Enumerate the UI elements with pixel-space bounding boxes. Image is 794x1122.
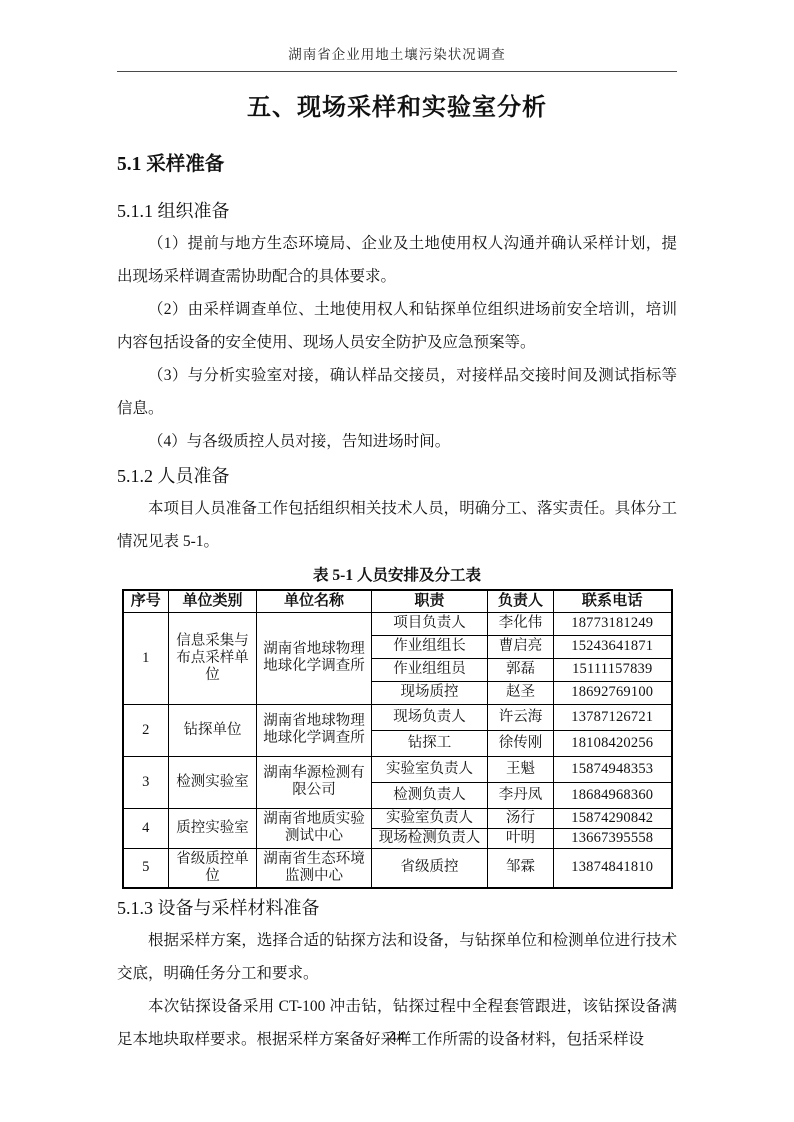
cell-category: 省级质控单位 xyxy=(169,848,257,888)
cell-phone: 18684968360 xyxy=(554,782,672,808)
paragraph-5-1-3-a: 根据采样方案，选择合适的钻探方法和设备，与钻探单位和检测单位进行技术交底，明确任… xyxy=(117,924,677,990)
cell-phone: 13787126721 xyxy=(554,704,672,730)
cell-index: 1 xyxy=(123,612,169,704)
running-header-text: 湖南省企业用地土壤污染状况调查 xyxy=(117,46,677,64)
running-header: 湖南省企业用地土壤污染状况调查 xyxy=(117,0,677,72)
paragraph-5-1-3-b: 本次钻探设备采用 CT-100 冲击钻，钻探过程中全程套管跟进，该钻探设备满足本… xyxy=(117,990,677,1056)
cell-person: 李丹凤 xyxy=(488,782,554,808)
section-heading-5-1-2: 5.1.2 人员准备 xyxy=(117,464,677,489)
cell-person: 汤行 xyxy=(488,808,554,828)
cell-duty: 实验室负责人 xyxy=(372,808,488,828)
cell-person: 王魁 xyxy=(488,756,554,782)
table-row: 3检测实验室湖南华源检测有限公司实验室负责人王魁15874948353 xyxy=(123,756,672,782)
column-header-index: 序号 xyxy=(123,590,169,612)
cell-duty: 作业组组长 xyxy=(372,635,488,658)
cell-org: 湖南省地球物理地球化学调查所 xyxy=(257,704,372,756)
header-rule xyxy=(117,71,677,72)
chapter-title: 五、现场采样和实验室分析 xyxy=(117,92,677,125)
cell-phone: 18692769100 xyxy=(554,681,672,704)
cell-index: 5 xyxy=(123,848,169,888)
document-page: 湖南省企业用地土壤污染状况调查 五、现场采样和实验室分析 5.1 采样准备 5.… xyxy=(0,0,794,1122)
table-header-row: 序号单位类别单位名称职责负责人联系电话 xyxy=(123,590,672,612)
column-header-phone: 联系电话 xyxy=(554,590,672,612)
table-row: 4质控实验室湖南省地质实验测试中心实验室负责人汤行15874290842 xyxy=(123,808,672,828)
cell-duty: 作业组组员 xyxy=(372,658,488,681)
cell-org: 湖南省地球物理地球化学调查所 xyxy=(257,612,372,704)
cell-category: 检测实验室 xyxy=(169,756,257,808)
cell-duty: 检测负责人 xyxy=(372,782,488,808)
paragraph-5-1-1-item-4: （4）与各级质控人员对接，告知进场时间。 xyxy=(117,425,677,458)
cell-phone: 15111157839 xyxy=(554,658,672,681)
personnel-table-body: 1信息采集与布点采样单位湖南省地球物理地球化学调查所项目负责人李化伟187731… xyxy=(123,612,672,888)
cell-person: 郭磊 xyxy=(488,658,554,681)
paragraph-5-1-1-item-3: （3）与分析实验室对接，确认样品交接员，对接样品交接时间及测试指标等信息。 xyxy=(117,359,677,425)
cell-duty: 现场检测负责人 xyxy=(372,828,488,848)
cell-duty: 现场负责人 xyxy=(372,704,488,730)
cell-org: 湖南省生态环境监测中心 xyxy=(257,848,372,888)
cell-person: 赵圣 xyxy=(488,681,554,704)
cell-org: 湖南华源检测有限公司 xyxy=(257,756,372,808)
table-caption: 表 5-1 人员安排及分工表 xyxy=(117,565,677,586)
cell-category: 信息采集与布点采样单位 xyxy=(169,612,257,704)
cell-phone: 18773181249 xyxy=(554,612,672,635)
cell-person: 李化伟 xyxy=(488,612,554,635)
cell-phone: 15874290842 xyxy=(554,808,672,828)
section-heading-5-1: 5.1 采样准备 xyxy=(117,151,677,178)
cell-duty: 现场质控 xyxy=(372,681,488,704)
paragraph-5-1-1-item-1: （1）提前与地方生态环境局、企业及土地使用权人沟通并确认采样计划，提出现场采样调… xyxy=(117,227,677,293)
cell-duty: 省级质控 xyxy=(372,848,488,888)
table-row: 1信息采集与布点采样单位湖南省地球物理地球化学调查所项目负责人李化伟187731… xyxy=(123,612,672,635)
table-row: 2钻探单位湖南省地球物理地球化学调查所现场负责人许云海13787126721 xyxy=(123,704,672,730)
cell-duty: 实验室负责人 xyxy=(372,756,488,782)
cell-category: 质控实验室 xyxy=(169,808,257,848)
table-row: 5省级质控单位湖南省生态环境监测中心省级质控邹霖13874841810 xyxy=(123,848,672,888)
page-content: 湖南省企业用地土壤污染状况调查 五、现场采样和实验室分析 5.1 采样准备 5.… xyxy=(117,0,677,1056)
paragraph-5-1-2: 本项目人员准备工作包括组织相关技术人员，明确分工、落实责任。具体分工情况见表 5… xyxy=(117,492,677,558)
column-header-category: 单位类别 xyxy=(169,590,257,612)
column-header-duty: 职责 xyxy=(372,590,488,612)
cell-index: 2 xyxy=(123,704,169,756)
cell-index: 4 xyxy=(123,808,169,848)
page-number: 44 xyxy=(0,1030,794,1046)
cell-phone: 15243641871 xyxy=(554,635,672,658)
cell-duty: 项目负责人 xyxy=(372,612,488,635)
section-heading-5-1-1: 5.1.1 组织准备 xyxy=(117,199,677,224)
column-header-person: 负责人 xyxy=(488,590,554,612)
cell-person: 邹霖 xyxy=(488,848,554,888)
cell-phone: 13667395558 xyxy=(554,828,672,848)
cell-person: 叶明 xyxy=(488,828,554,848)
cell-person: 曹启亮 xyxy=(488,635,554,658)
cell-person: 许云海 xyxy=(488,704,554,730)
column-header-org: 单位名称 xyxy=(257,590,372,612)
cell-category: 钻探单位 xyxy=(169,704,257,756)
section-heading-5-1-3: 5.1.3 设备与采样材料准备 xyxy=(117,896,677,921)
cell-phone: 13874841810 xyxy=(554,848,672,888)
cell-index: 3 xyxy=(123,756,169,808)
cell-person: 徐传刚 xyxy=(488,730,554,756)
cell-duty: 钻探工 xyxy=(372,730,488,756)
cell-org: 湖南省地质实验测试中心 xyxy=(257,808,372,848)
cell-phone: 18108420256 xyxy=(554,730,672,756)
personnel-table: 序号单位类别单位名称职责负责人联系电话 1信息采集与布点采样单位湖南省地球物理地… xyxy=(122,589,673,889)
paragraph-5-1-1-item-2: （2）由采样调查单位、土地使用权人和钻探单位组织进场前安全培训，培训内容包括设备… xyxy=(117,293,677,359)
cell-phone: 15874948353 xyxy=(554,756,672,782)
